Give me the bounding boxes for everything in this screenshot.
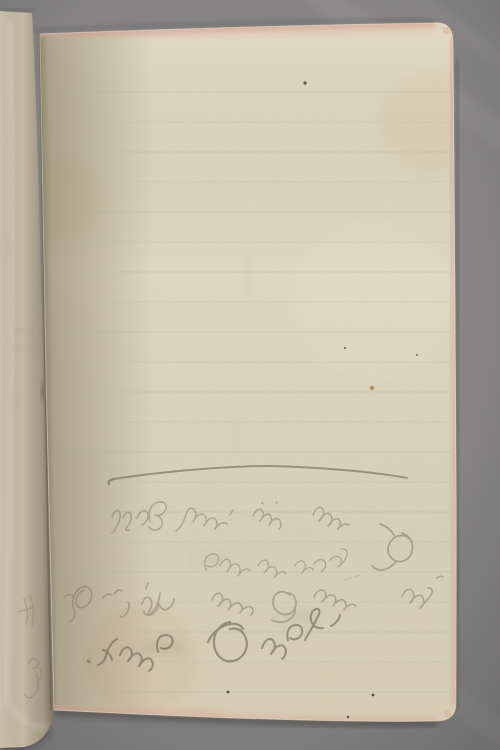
screenshot-root — [0, 0, 500, 750]
notebook-photo — [0, 0, 500, 750]
photo-grain — [0, 0, 500, 750]
